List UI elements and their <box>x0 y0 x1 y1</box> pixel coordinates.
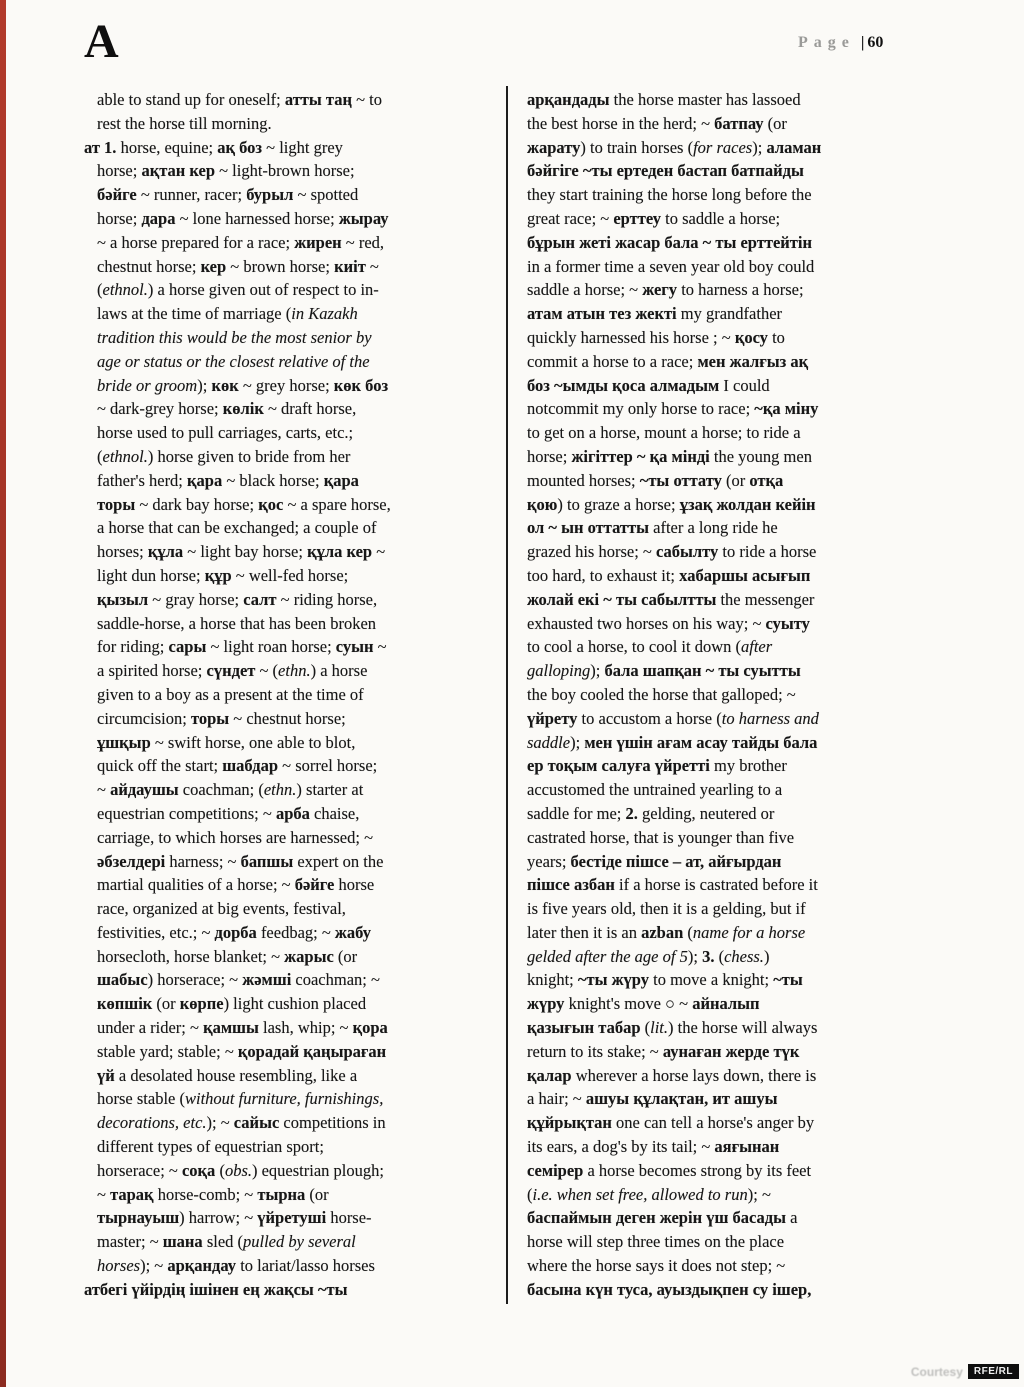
headword-text: 2. <box>626 804 638 823</box>
headword-text: ат 1. <box>84 138 116 157</box>
dictionary-line: equestrian competitions; ~ арба chaise, <box>84 802 500 826</box>
dictionary-line: қою) to graze a horse; ұзақ жолдан кейін <box>527 493 929 517</box>
headword-text: қазығын табар <box>527 1018 641 1037</box>
body-text: the messenger <box>716 590 814 609</box>
body-text: saddle-horse, a horse that has been brok… <box>97 614 376 633</box>
dictionary-line: to cool a horse, to cool it down (after <box>527 635 929 659</box>
headword-text: ~ты оттату <box>640 471 722 490</box>
body-text: ~ brown horse; <box>226 257 334 276</box>
dictionary-line: horsecloth, horse blanket; ~ жарыс (or <box>84 945 500 969</box>
body-text: the boy cooled the horse that galloped; … <box>527 685 796 704</box>
body-text: ~ runner, racer; <box>137 185 247 204</box>
body-text: chaise, <box>310 804 359 823</box>
dictionary-line: шабыс) horserace; ~ жәмші coachman; ~ <box>84 968 500 992</box>
headword-text: дорба <box>215 923 257 942</box>
headword-text: қара <box>324 471 359 490</box>
body-text: coachman; ( <box>179 780 264 799</box>
body-text: father's herd; <box>97 471 187 490</box>
headword-text: айдаушы <box>110 780 179 799</box>
headword-text: атты таң <box>285 90 352 109</box>
dictionary-line: its ears, a dog's by its tail; ~ аяғынан <box>527 1135 929 1159</box>
body-text: to accustom a horse ( <box>577 709 721 728</box>
headword-text: атбегі үйірдің ішінен ең жақсы ~ты <box>84 1280 347 1299</box>
headword-text: 3. <box>702 947 714 966</box>
body-text: lash, whip; ~ <box>259 1018 353 1037</box>
dictionary-line: атам атын тез жекті my grandfather <box>527 302 929 326</box>
body-text: ~ light grey <box>262 138 343 157</box>
dictionary-line: different types of equestrian sport; <box>84 1135 500 1159</box>
headword-text: семірер <box>527 1161 583 1180</box>
dictionary-line: қалар wherever a horse lays down, there … <box>527 1064 929 1088</box>
headword-text: бестіде пішсе – ат, айғырдан <box>571 852 782 871</box>
headword-text: ерттеу <box>613 209 661 228</box>
headword-text: қою <box>527 495 557 514</box>
body-text: carriage, to which horses are harnessed;… <box>97 828 373 847</box>
dictionary-line: is five years old, then it is a gelding,… <box>527 897 929 921</box>
headword-text: құла <box>148 542 183 561</box>
headword-text: қорадай қаңыраған <box>238 1042 386 1061</box>
dictionary-line: circumcision; торы ~ chestnut horse; <box>84 707 500 731</box>
headword-text: аяғынан <box>714 1137 779 1156</box>
dictionary-line: festivities, etc.; ~ дорба feedbag; ~ жа… <box>84 921 500 945</box>
dictionary-line: horse; дара ~ lone harnessed horse; жыра… <box>84 207 500 231</box>
body-text: they start training the horse long befor… <box>527 185 812 204</box>
dictionary-line: accustomed the untrained yearling to a <box>527 778 929 802</box>
page-separator: | <box>861 34 865 51</box>
body-text: light dun horse; <box>97 566 205 585</box>
body-text: ) a horse <box>311 661 368 680</box>
dictionary-line: commit a horse to a race; мен жалғыз ақ <box>527 350 929 374</box>
body-text: is five years old, then it is a gelding,… <box>527 899 806 918</box>
body-text: ); ~ <box>140 1256 167 1275</box>
body-text: to lariat/lasso horses <box>236 1256 375 1275</box>
body-text: if a horse is castrated before it <box>615 875 818 894</box>
gloss-italic-text: ethn. <box>264 780 297 799</box>
headword-text: торы <box>191 709 229 728</box>
body-text: ) to graze a horse; <box>557 495 679 514</box>
dictionary-line: бәйгіге ~ты ертеден бастап батпайды <box>527 159 929 183</box>
headword-text: сайыс <box>234 1113 280 1132</box>
headword-text: бұрын жеті жасар бала ~ ты ерттейтін <box>527 233 812 252</box>
body-text: horserace; ~ <box>97 1161 182 1180</box>
headword-text: салт <box>243 590 276 609</box>
dictionary-line: horse will step three times on the place <box>527 1230 929 1254</box>
dictionary-line: bride or groom); көк ~ grey horse; көк б… <box>84 374 500 398</box>
body-text: horse; <box>527 447 571 466</box>
gloss-italic-text: gelded after the age of 5 <box>527 947 688 966</box>
headword-text: құла кер <box>307 542 372 561</box>
body-text: ); <box>752 138 766 157</box>
dictionary-line: quickly harnessed his horse ; ~ қосу to <box>527 326 929 350</box>
headword-text: арқандау <box>167 1256 236 1275</box>
gloss-italic-text: age or status or the closest relative of… <box>97 352 370 371</box>
dictionary-line: carriage, to which horses are harnessed;… <box>84 826 500 850</box>
dictionary-line: a horse that can be exchanged; a couple … <box>84 516 500 540</box>
headword-text: мен үшін ағам асау тайды бала <box>584 733 817 752</box>
headword-text: аунаған жерде түк <box>663 1042 799 1061</box>
dictionary-line: return to its stake; ~ аунаған жерде түк <box>527 1040 929 1064</box>
dictionary-line: a hair; ~ ашуы құлақтан, ит ашуы <box>527 1087 929 1111</box>
headword-text: ашуы құлақтан, ит ашуы <box>586 1089 778 1108</box>
dictionary-line: жолай екі ~ ты сабылтты the messenger <box>527 588 929 612</box>
body-text: mounted horses; <box>527 471 640 490</box>
dictionary-line: атбегі үйірдің ішінен ең жақсы ~ты <box>84 1278 500 1302</box>
gloss-italic-text: bride or groom <box>97 376 197 395</box>
headword-text: жегу <box>642 280 677 299</box>
body-text: ( <box>215 1161 225 1180</box>
dictionary-line: too hard, to exhaust it; хабаршы асығып <box>527 564 929 588</box>
body-text: ) horse given to bride from her <box>148 447 351 466</box>
body-text: expert on the <box>293 852 383 871</box>
page-number-label: Page|60 <box>798 34 883 52</box>
headword-text: ~қа міну <box>754 399 818 418</box>
dictionary-line: able to stand up for oneself; атты таң ~… <box>84 88 500 112</box>
headword-text: құр <box>205 566 232 585</box>
dictionary-line: quick off the start; шабдар ~ sorrel hor… <box>84 754 500 778</box>
body-text: castrated horse, that is younger than fi… <box>527 828 794 847</box>
dictionary-line: father's herd; қара ~ black horse; қара <box>84 469 500 493</box>
body-text: ) the horse will always <box>668 1018 817 1037</box>
dictionary-line: the boy cooled the horse that galloped; … <box>527 683 929 707</box>
body-text: ~ a spare horse, <box>283 495 390 514</box>
section-letter: A <box>84 14 119 69</box>
body-text: laws at the time of marriage ( <box>97 304 291 323</box>
dictionary-line: көпшік (or көрпе) light cushion placed <box>84 992 500 1016</box>
headword-text: жарату <box>527 138 580 157</box>
body-text: (or <box>722 471 750 490</box>
headword-text: дара <box>141 209 175 228</box>
body-text: horse used to pull carriages, carts, etc… <box>97 423 353 442</box>
body-text: a horse becomes strong by its feet <box>583 1161 811 1180</box>
body-text: (or <box>334 947 357 966</box>
scan-edge-strip <box>0 0 6 1387</box>
headword-text: қара <box>187 471 222 490</box>
headword-text: отқа <box>749 471 783 490</box>
dictionary-line: horses); ~ арқандау to lariat/lasso hors… <box>84 1254 500 1278</box>
headword-text: ~ты <box>773 970 803 989</box>
dictionary-line: rest the horse till morning. <box>84 112 500 136</box>
gloss-italic-text: to harness and <box>722 709 819 728</box>
dictionary-line: ол ~ ын оттатты after a long ride he <box>527 516 929 540</box>
dictionary-line: later then it is an azban (name for a ho… <box>527 921 929 945</box>
body-text: festivities, etc.; ~ <box>97 923 215 942</box>
gloss-italic-text: after <box>741 637 772 656</box>
body-text: rest the horse till morning. <box>97 114 272 133</box>
headword-text: құйрықтан <box>527 1113 612 1132</box>
headword-text: жәмші <box>242 970 291 989</box>
body-text: ~ sorrel horse; <box>278 756 377 775</box>
gloss-italic-text: chess. <box>724 947 764 966</box>
dictionary-line: in a former time a seven year old boy co… <box>527 255 929 279</box>
watermark-brand-badge: RFE/RL <box>968 1364 1019 1379</box>
dictionary-line: ~ айдаушы coachman; (ethn.) starter at <box>84 778 500 802</box>
body-text: quick off the start; <box>97 756 222 775</box>
body-text: harness; ~ <box>165 852 240 871</box>
headword-text: үйретуші <box>257 1208 326 1227</box>
body-text: saddle for me; <box>527 804 626 823</box>
headword-text: басына күн туса, ауыздықпен су ішер, <box>527 1280 811 1299</box>
headword-text: пішсе азбан <box>527 875 615 894</box>
gloss-italic-text: ethnol. <box>103 280 148 299</box>
body-text: to cool a horse, to cool it down ( <box>527 637 741 656</box>
dictionary-line: ~ a horse prepared for a race; жирен ~ r… <box>84 231 500 255</box>
body-text: ( <box>714 947 724 966</box>
body-text: to get on a horse, mount a horse; to rid… <box>527 423 801 442</box>
dictionary-line: (ethnol.) horse given to bride from her <box>84 445 500 469</box>
gloss-italic-text: without furniture, furnishings, <box>185 1089 383 1108</box>
headword-text: қора <box>353 1018 388 1037</box>
headword-text: ~ты жүру <box>578 970 649 989</box>
body-text: a spirited horse; <box>97 661 207 680</box>
dictionary-line: үйрету to accustom a horse (to harness a… <box>527 707 929 731</box>
headword-text: сүндет <box>207 661 256 680</box>
headword-text: шана <box>163 1232 203 1251</box>
dictionary-line: exhausted two horses on his way; ~ суыту <box>527 612 929 636</box>
dictionary-line: under a rider; ~ қамшы lash, whip; ~ қор… <box>84 1016 500 1040</box>
dictionary-line: тырнауыш) harrow; ~ үйретуші horse- <box>84 1206 500 1230</box>
body-text: in a former time a seven year old boy co… <box>527 257 814 276</box>
dictionary-line: бәйге ~ runner, racer; бурыл ~ spotted <box>84 183 500 207</box>
body-text: ~ ( <box>255 661 278 680</box>
dictionary-line: gelded after the age of 5); 3. (chess.) <box>527 945 929 969</box>
dictionary-line: saddle-horse, a horse that has been brok… <box>84 612 500 636</box>
body-text: wherever a horse lays down, there is <box>572 1066 817 1085</box>
body-text: ~ well-fed horse; <box>232 566 349 585</box>
dictionary-line: race, organized at big events, festival, <box>84 897 500 921</box>
body-text: one can tell a horse's anger by <box>612 1113 814 1132</box>
body-text: commit a horse to a race; <box>527 352 697 371</box>
dictionary-line: laws at the time of marriage (in Kazakh <box>84 302 500 326</box>
headword-text: ақтан кер <box>141 161 215 180</box>
right-column: арқандады the horse master has lassoedth… <box>527 88 929 1302</box>
watermark-courtesy-text: Courtesy <box>911 1365 963 1379</box>
body-text: ) starter at <box>296 780 363 799</box>
gloss-italic-text: horses <box>97 1256 140 1275</box>
body-text: ) horserace; ~ <box>148 970 243 989</box>
body-text: ~ red, <box>342 233 384 252</box>
body-text: horse <box>334 875 374 894</box>
headword-text: кер <box>201 257 227 276</box>
headword-text: ер тоқым салуға үйретті <box>527 756 710 775</box>
dictionary-line: ~ тарақ horse-comb; ~ тырна (or <box>84 1183 500 1207</box>
headword-text: бала шапқан ~ ты суытты <box>604 661 800 680</box>
headword-text: бурыл <box>246 185 293 204</box>
dictionary-line: пішсе азбан if a horse is castrated befo… <box>527 873 929 897</box>
headword-text: бәйгіге ~ты ертеден бастап батпайды <box>527 161 804 180</box>
body-text: ~ dark-grey horse; <box>97 399 223 418</box>
body-text: ); <box>570 733 584 752</box>
body-text: to ride a horse <box>718 542 816 561</box>
headword-text: ол ~ ын оттатты <box>527 518 649 537</box>
dictionary-line: жүру knight's move ○ ~ айналып <box>527 992 929 1016</box>
body-text: ~ grey horse; <box>239 376 334 395</box>
body-text: ~ black horse; <box>222 471 323 490</box>
dictionary-line: семірер a horse becomes strong by its fe… <box>527 1159 929 1183</box>
body-text: able to stand up for oneself; <box>97 90 285 109</box>
headword-text: тырнауыш <box>97 1208 179 1227</box>
body-text: ( <box>683 923 693 942</box>
gloss-italic-text: ethn. <box>278 661 311 680</box>
dictionary-line: stable yard; stable; ~ қорадай қаңыраған <box>84 1040 500 1064</box>
body-text: circumcision; <box>97 709 191 728</box>
dictionary-line: қызыл ~ gray horse; салт ~ riding horse, <box>84 588 500 612</box>
dictionary-line: galloping); бала шапқан ~ ты суытты <box>527 659 929 683</box>
dictionary-line: басына күн туса, ауыздықпен су ішер, <box>527 1278 929 1302</box>
dictionary-line: ұшқыр ~ swift horse, one able to blot, <box>84 731 500 755</box>
dictionary-line: баспаймын деген жерін үш басады a <box>527 1206 929 1230</box>
body-text: a horse that can be exchanged; a couple … <box>97 518 376 537</box>
headword-text: ұшқыр <box>97 733 151 752</box>
body-text: horse; <box>97 161 141 180</box>
dictionary-line: where the horse says it does not step; ~ <box>527 1254 929 1278</box>
headword-text: көк <box>211 376 238 395</box>
dictionary-line: торы ~ dark bay horse; қос ~ a spare hor… <box>84 493 500 517</box>
dictionary-line: боз ~ымды қоса алмадым I could <box>527 374 929 398</box>
headword-text: бапшы <box>241 852 294 871</box>
headword-text: қосу <box>735 328 768 347</box>
body-text: master; ~ <box>97 1232 163 1251</box>
body-text: ~ <box>366 257 379 276</box>
dictionary-line: notcommit my only horse to race; ~қа мін… <box>527 397 929 421</box>
dictionary-line: жарату) to train horses (for races); ала… <box>527 136 929 160</box>
page-word: Page <box>798 34 855 51</box>
dictionary-line: horses; құла ~ light bay horse; құла кер… <box>84 540 500 564</box>
dictionary-line: great race; ~ ерттеу to saddle a horse; <box>527 207 929 231</box>
body-text: ~ light roan horse; <box>206 637 335 656</box>
gloss-italic-text: for races <box>693 138 752 157</box>
body-text: ) to train horses ( <box>580 138 693 157</box>
dictionary-line: құйрықтан one can tell a horse's anger b… <box>527 1111 929 1135</box>
body-text: a hair; ~ <box>527 1089 586 1108</box>
body-text: knight; <box>527 970 578 989</box>
body-text: to saddle a horse; <box>661 209 780 228</box>
dictionary-line: horse stable (without furniture, furnish… <box>84 1087 500 1111</box>
body-text: a <box>786 1208 797 1227</box>
body-text: ~ <box>97 1185 110 1204</box>
left-column: able to stand up for oneself; атты таң ~… <box>84 88 500 1302</box>
body-text: horse; <box>97 209 141 228</box>
body-text: (or <box>764 114 787 133</box>
body-text: later then it is an <box>527 923 641 942</box>
headword-text: аламан <box>766 138 821 157</box>
headword-text: жігіттер ~ қа мінді <box>571 447 709 466</box>
body-text: ~ riding horse, <box>277 590 378 609</box>
headword-text: қызыл <box>97 590 148 609</box>
body-text: sled ( <box>203 1232 243 1251</box>
headword-text: үйрету <box>527 709 577 728</box>
dictionary-line: knight; ~ты жүру to move a knight; ~ты <box>527 968 929 992</box>
headword-text: қос <box>258 495 283 514</box>
body-text: ~ lone harnessed horse; <box>175 209 338 228</box>
body-text: horse will step three times on the place <box>527 1232 784 1251</box>
body-text: chestnut horse; <box>97 257 201 276</box>
body-text: ) harrow; ~ <box>179 1208 257 1227</box>
dictionary-line: decorations, etc.); ~ сайыс competitions… <box>84 1111 500 1135</box>
dictionary-line: the best horse in the herd; ~ батпау (or <box>527 112 929 136</box>
dictionary-line: light dun horse; құр ~ well-fed horse; <box>84 564 500 588</box>
body-text: ) a horse given out of respect to in- <box>148 280 379 299</box>
headword-text: айналып <box>692 994 759 1013</box>
dictionary-line: to get on a horse, mount a horse; to rid… <box>527 421 929 445</box>
body-text: where the horse says it does not step; ~ <box>527 1256 785 1275</box>
body-text: ~ a horse prepared for a race; <box>97 233 294 252</box>
headword-text: суын <box>336 637 374 656</box>
body-text: (or <box>305 1185 328 1204</box>
dictionary-line: for riding; сары ~ light roan horse; суы… <box>84 635 500 659</box>
dictionary-page: A Page|60 able to stand up for oneself; … <box>0 0 1024 1387</box>
headword-text: қалар <box>527 1066 572 1085</box>
body-text: grazed his horse; ~ <box>527 542 656 561</box>
body-text: horse, equine; <box>116 138 217 157</box>
dictionary-line: years; бестіде пішсе – ат, айғырдан <box>527 850 929 874</box>
body-text: too hard, to exhaust it; <box>527 566 679 585</box>
body-text: stable yard; stable; ~ <box>97 1042 238 1061</box>
dictionary-line: арқандады the horse master has lassoed <box>527 88 929 112</box>
headword-text: көк боз <box>334 376 388 395</box>
body-text: its ears, a dog's by its tail; ~ <box>527 1137 714 1156</box>
dictionary-line: қазығын табар (lit.) the horse will alwa… <box>527 1016 929 1040</box>
dictionary-line: horse; ақтан кер ~ light-brown horse; <box>84 159 500 183</box>
body-text: gelding, neutered or <box>638 804 775 823</box>
headword-text: жырау <box>339 209 389 228</box>
dictionary-line: ер тоқым салуға үйретті my brother <box>527 754 929 778</box>
dictionary-line: (i.e. when set free, allowed to run); ~ <box>527 1183 929 1207</box>
dictionary-line: age or status or the closest relative of… <box>84 350 500 374</box>
headword-text: жүру <box>527 994 564 1013</box>
headword-text: тырна <box>257 1185 305 1204</box>
dictionary-line: they start training the horse long befor… <box>527 183 929 207</box>
body-text: quickly harnessed his horse ; ~ <box>527 328 735 347</box>
body-text: horse-comb; ~ <box>154 1185 258 1204</box>
body-text: ); <box>197 376 211 395</box>
body-text: ); ~ <box>748 1185 771 1204</box>
dictionary-line: ат 1. horse, equine; ақ боз ~ light grey <box>84 136 500 160</box>
headword-text: жолай екі ~ ты сабылтты <box>527 590 716 609</box>
body-text: ~ <box>97 780 110 799</box>
headword-text: сабылту <box>656 542 718 561</box>
body-text: feedbag; ~ <box>257 923 335 942</box>
headword-text: бәйге <box>97 185 137 204</box>
body-text: a desolated house resembling, like a <box>115 1066 357 1085</box>
dictionary-line: бұрын жеті жасар бала ~ ты ерттейтін <box>527 231 929 255</box>
body-text: the young men <box>710 447 812 466</box>
gloss-italic-text: ethnol. <box>103 447 148 466</box>
gloss-italic-text: obs. <box>225 1161 252 1180</box>
body-text: return to its stake; ~ <box>527 1042 663 1061</box>
gloss-italic-text: galloping <box>527 661 590 680</box>
headword-text: көлік <box>223 399 264 418</box>
body-text: accustomed the untrained yearling to a <box>527 780 782 799</box>
body-text: ~ <box>374 637 387 656</box>
body-text: ~ light bay horse; <box>183 542 307 561</box>
body-text: saddle a horse; ~ <box>527 280 642 299</box>
dictionary-line: tradition this would be the most senior … <box>84 326 500 350</box>
headword-text: сары <box>169 637 207 656</box>
headword-text: әбзелдері <box>97 852 165 871</box>
gloss-italic-text: saddle <box>527 733 570 752</box>
dictionary-line: ~ dark-grey horse; көлік ~ draft horse, <box>84 397 500 421</box>
dictionary-line: martial qualities of a horse; ~ бәйге ho… <box>84 873 500 897</box>
body-text: my brother <box>710 756 787 775</box>
body-text: ( <box>641 1018 651 1037</box>
gloss-italic-text: name for a horse <box>693 923 805 942</box>
dictionary-line: әбзелдері harness; ~ бапшы expert on the <box>84 850 500 874</box>
body-text: horses; <box>97 542 148 561</box>
body-text: great race; ~ <box>527 209 613 228</box>
headword-text: хабаршы асығып <box>679 566 810 585</box>
body-text: (or <box>152 994 180 1013</box>
body-text: competitions in <box>279 1113 385 1132</box>
